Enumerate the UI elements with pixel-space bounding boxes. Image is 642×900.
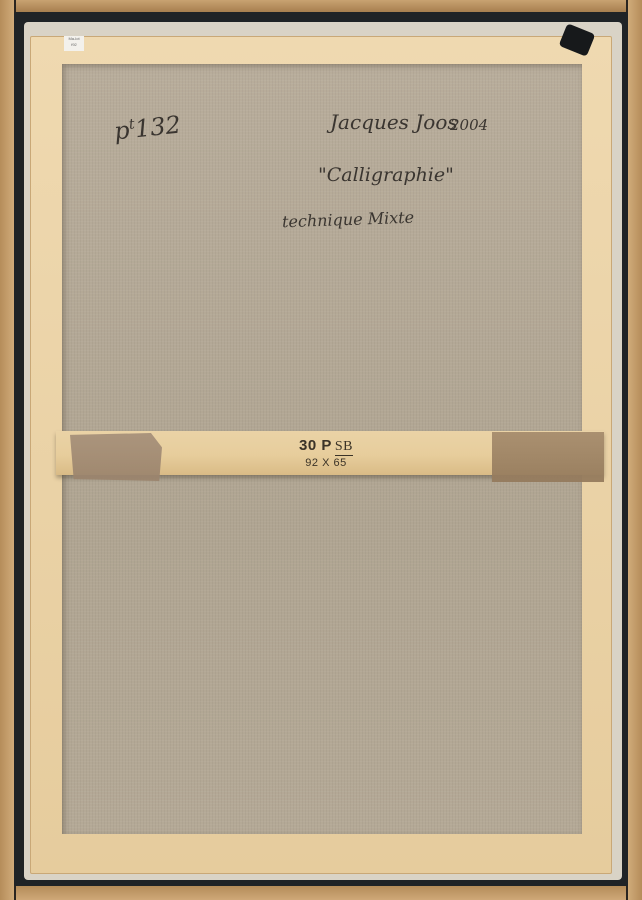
stamp-size-line: 30 PSB xyxy=(296,437,356,456)
title-inscription: "Calligraphie" xyxy=(318,164,454,186)
canvas-back-photo: Ma-lot f92 pt132 Jacques Joos 2004 "Call… xyxy=(0,0,642,900)
stamp-size: 30 P xyxy=(299,437,332,454)
tape-left xyxy=(70,433,162,481)
canvas-size-stamp: 30 PSB 92 X 65 xyxy=(296,437,356,469)
artist-name-inscription: Jacques Joos xyxy=(330,110,458,134)
stamp-brand: SB xyxy=(335,439,353,456)
inventory-sticker: Ma-lot f92 xyxy=(64,36,84,51)
year-inscription: 2004 xyxy=(450,116,488,134)
sticker-line-2: f92 xyxy=(64,42,84,48)
stamp-dimensions: 92 X 65 xyxy=(296,457,356,469)
tape-right xyxy=(492,432,604,482)
frame-right-edge xyxy=(626,0,642,900)
frame-bottom-edge xyxy=(0,884,642,900)
inventory-number: 132 xyxy=(134,111,182,144)
